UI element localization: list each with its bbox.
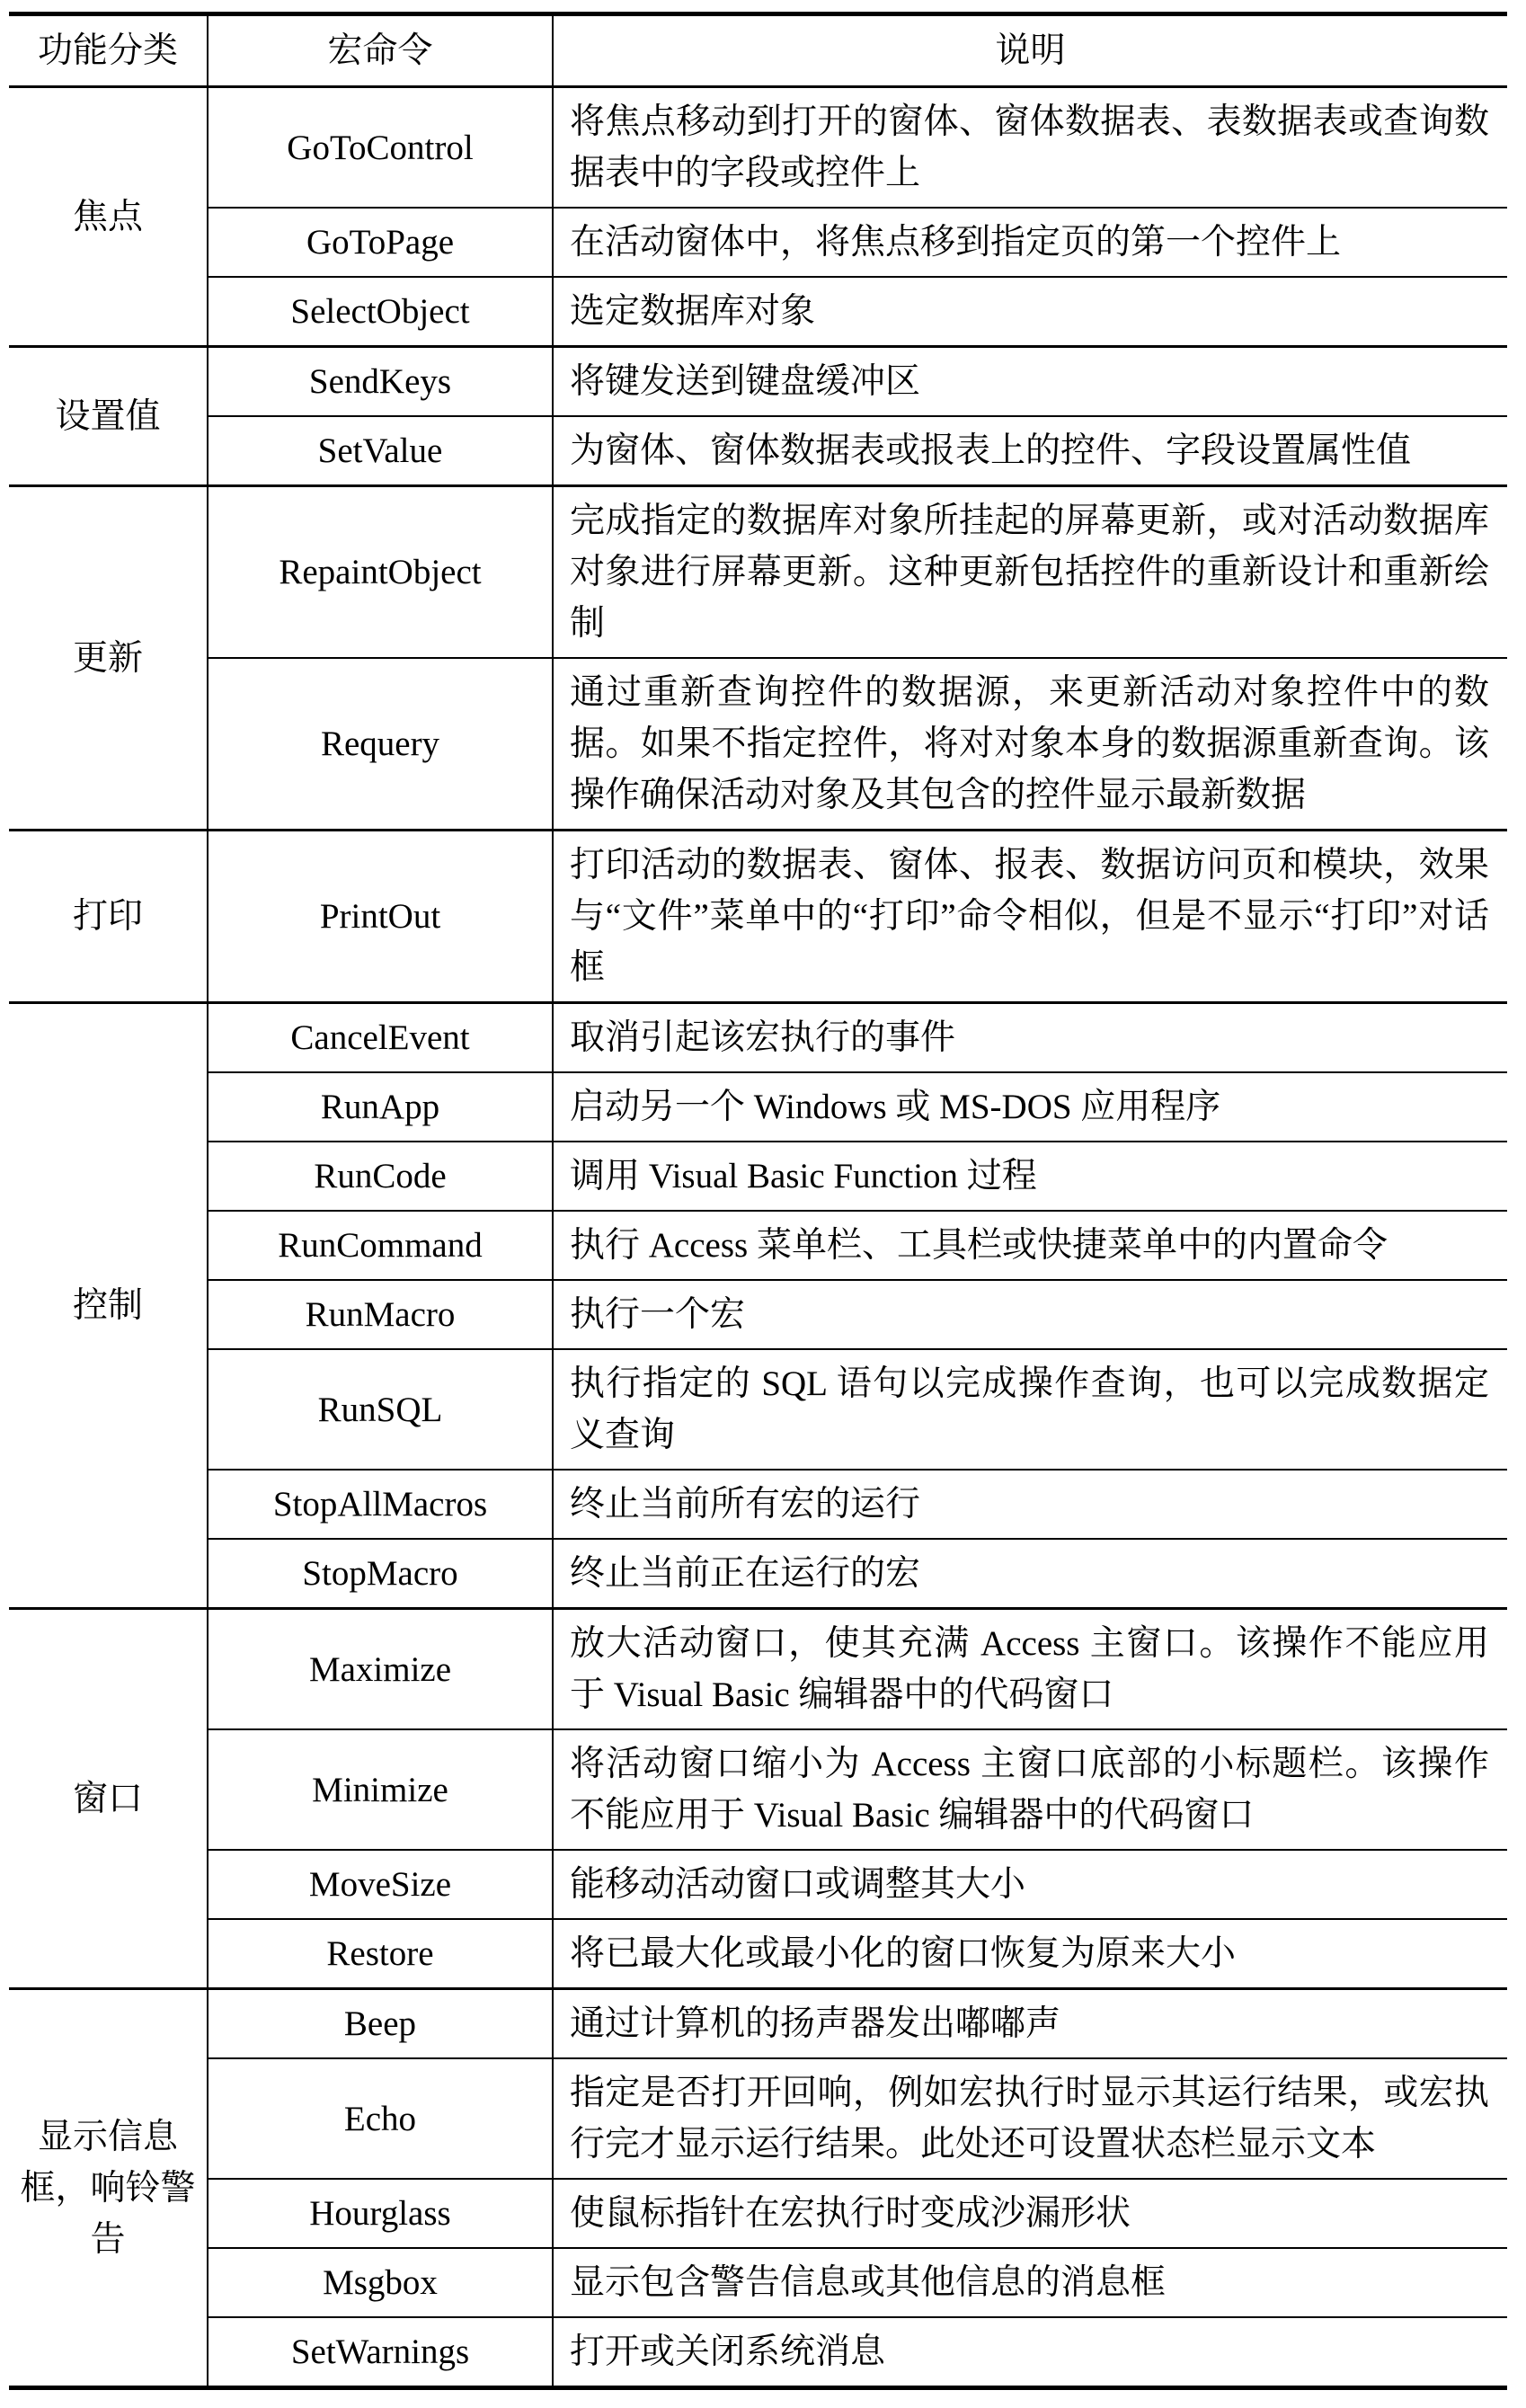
header-row: 功能分类 宏命令 说明 [9,14,1507,87]
table-row: 焦点GoToControl将焦点移动到打开的窗体、窗体数据表、表数据表或查询数据… [9,87,1507,209]
table-row: 设置值SendKeys将键发送到键盘缓冲区 [9,347,1507,417]
table-row: 显示信息框，响铃警告Beep通过计算机的扬声器发出嘟嘟声 [9,1989,1507,2059]
command-cell: Msgbox [208,2248,553,2317]
table-row: Hourglass使鼠标指针在宏执行时变成沙漏形状 [9,2179,1507,2248]
description-cell: 终止当前正在运行的宏 [553,1539,1507,1609]
command-cell: CancelEvent [208,1003,553,1073]
table-row: Minimize将活动窗口缩小为 Access 主窗口底部的小标题栏。该操作不能… [9,1729,1507,1850]
command-cell: Minimize [208,1729,553,1850]
command-cell: SetValue [208,416,553,486]
description-cell: 取消引起该宏执行的事件 [553,1003,1507,1073]
command-cell: Hourglass [208,2179,553,2248]
table-row: SetWarnings打开或关闭系统消息 [9,2317,1507,2388]
description-cell: 能移动活动窗口或调整其大小 [553,1850,1507,1919]
description-cell: 显示包含警告信息或其他信息的消息框 [553,2248,1507,2317]
table-row: Requery通过重新查询控件的数据源，来更新活动对象控件中的数据。如果不指定控… [9,658,1507,831]
command-cell: Restore [208,1919,553,1989]
command-cell: SetWarnings [208,2317,553,2388]
table-row: 窗口Maximize放大活动窗口，使其充满 Access 主窗口。该操作不能应用… [9,1609,1507,1730]
description-cell: 执行一个宏 [553,1280,1507,1349]
description-cell: 将键发送到键盘缓冲区 [553,347,1507,417]
table-row: SetValue为窗体、窗体数据表或报表上的控件、字段设置属性值 [9,416,1507,486]
table-row: SelectObject选定数据库对象 [9,277,1507,347]
category-cell: 窗口 [9,1609,208,1989]
description-cell: 启动另一个 Windows 或 MS-DOS 应用程序 [553,1072,1507,1142]
description-cell: 为窗体、窗体数据表或报表上的控件、字段设置属性值 [553,416,1507,486]
command-cell: RunSQL [208,1349,553,1470]
description-cell: 在活动窗体中，将焦点移到指定页的第一个控件上 [553,208,1507,277]
command-cell: RunApp [208,1072,553,1142]
command-cell: MoveSize [208,1850,553,1919]
description-cell: 放大活动窗口，使其充满 Access 主窗口。该操作不能应用于 Visual B… [553,1609,1507,1730]
table-header: 功能分类 宏命令 说明 [9,14,1507,87]
command-cell: StopMacro [208,1539,553,1609]
command-cell: SendKeys [208,347,553,417]
table-row: MoveSize能移动活动窗口或调整其大小 [9,1850,1507,1919]
header-description: 说明 [553,14,1507,87]
description-cell: 选定数据库对象 [553,277,1507,347]
table-row: Echo指定是否打开回响，例如宏执行时显示其运行结果，或宏执行完才显示运行结果。… [9,2058,1507,2179]
description-cell: 打开或关闭系统消息 [553,2317,1507,2388]
command-cell: SelectObject [208,277,553,347]
table-row: StopAllMacros终止当前所有宏的运行 [9,1470,1507,1539]
category-cell: 焦点 [9,87,208,347]
table-row: Msgbox显示包含警告信息或其他信息的消息框 [9,2248,1507,2317]
table-row: RunCommand执行 Access 菜单栏、工具栏或快捷菜单中的内置命令 [9,1211,1507,1280]
table-row: 更新RepaintObject完成指定的数据库对象所挂起的屏幕更新，或对活动数据… [9,486,1507,659]
category-cell: 打印 [9,831,208,1003]
category-cell: 更新 [9,486,208,831]
description-cell: 将已最大化或最小化的窗口恢复为原来大小 [553,1919,1507,1989]
command-cell: GoToControl [208,87,553,209]
category-cell: 设置值 [9,347,208,486]
table-row: RunSQL执行指定的 SQL 语句以完成操作查询，也可以完成数据定义查询 [9,1349,1507,1470]
description-cell: 使鼠标指针在宏执行时变成沙漏形状 [553,2179,1507,2248]
header-command: 宏命令 [208,14,553,87]
command-cell: Maximize [208,1609,553,1730]
command-cell: PrintOut [208,831,553,1003]
header-category: 功能分类 [9,14,208,87]
command-cell: Beep [208,1989,553,2059]
description-cell: 通过重新查询控件的数据源，来更新活动对象控件中的数据。如果不指定控件，将对对象本… [553,658,1507,831]
category-cell: 显示信息框，响铃警告 [9,1989,208,2388]
table-row: RunMacro执行一个宏 [9,1280,1507,1349]
command-cell: RunCommand [208,1211,553,1280]
command-cell: RunMacro [208,1280,553,1349]
table-row: 打印PrintOut打印活动的数据表、窗体、报表、数据访问页和模块，效果与“文件… [9,831,1507,1003]
description-cell: 通过计算机的扬声器发出嘟嘟声 [553,1989,1507,2059]
category-cell: 控制 [9,1003,208,1609]
description-cell: 打印活动的数据表、窗体、报表、数据访问页和模块，效果与“文件”菜单中的“打印”命… [553,831,1507,1003]
table-row: RunCode调用 Visual Basic Function 过程 [9,1142,1507,1211]
table-row: 控制CancelEvent取消引起该宏执行的事件 [9,1003,1507,1073]
command-cell: Echo [208,2058,553,2179]
page: 功能分类 宏命令 说明 焦点GoToControl将焦点移动到打开的窗体、窗体数… [0,0,1526,2408]
description-cell: 将焦点移动到打开的窗体、窗体数据表、表数据表或查询数据表中的字段或控件上 [553,87,1507,209]
description-cell: 调用 Visual Basic Function 过程 [553,1142,1507,1211]
description-cell: 将活动窗口缩小为 Access 主窗口底部的小标题栏。该操作不能应用于 Visu… [553,1729,1507,1850]
description-cell: 终止当前所有宏的运行 [553,1470,1507,1539]
macro-command-table: 功能分类 宏命令 说明 焦点GoToControl将焦点移动到打开的窗体、窗体数… [9,12,1507,2390]
command-cell: Requery [208,658,553,831]
command-cell: RunCode [208,1142,553,1211]
table-row: StopMacro终止当前正在运行的宏 [9,1539,1507,1609]
command-cell: GoToPage [208,208,553,277]
description-cell: 指定是否打开回响，例如宏执行时显示其运行结果，或宏执行完才显示运行结果。此处还可… [553,2058,1507,2179]
command-cell: RepaintObject [208,486,553,659]
description-cell: 完成指定的数据库对象所挂起的屏幕更新，或对活动数据库对象进行屏幕更新。这种更新包… [553,486,1507,659]
description-cell: 执行 Access 菜单栏、工具栏或快捷菜单中的内置命令 [553,1211,1507,1280]
command-cell: StopAllMacros [208,1470,553,1539]
description-cell: 执行指定的 SQL 语句以完成操作查询，也可以完成数据定义查询 [553,1349,1507,1470]
table-row: RunApp启动另一个 Windows 或 MS-DOS 应用程序 [9,1072,1507,1142]
table-body: 焦点GoToControl将焦点移动到打开的窗体、窗体数据表、表数据表或查询数据… [9,87,1507,2388]
table-row: GoToPage在活动窗体中，将焦点移到指定页的第一个控件上 [9,208,1507,277]
table-row: Restore将已最大化或最小化的窗口恢复为原来大小 [9,1919,1507,1989]
